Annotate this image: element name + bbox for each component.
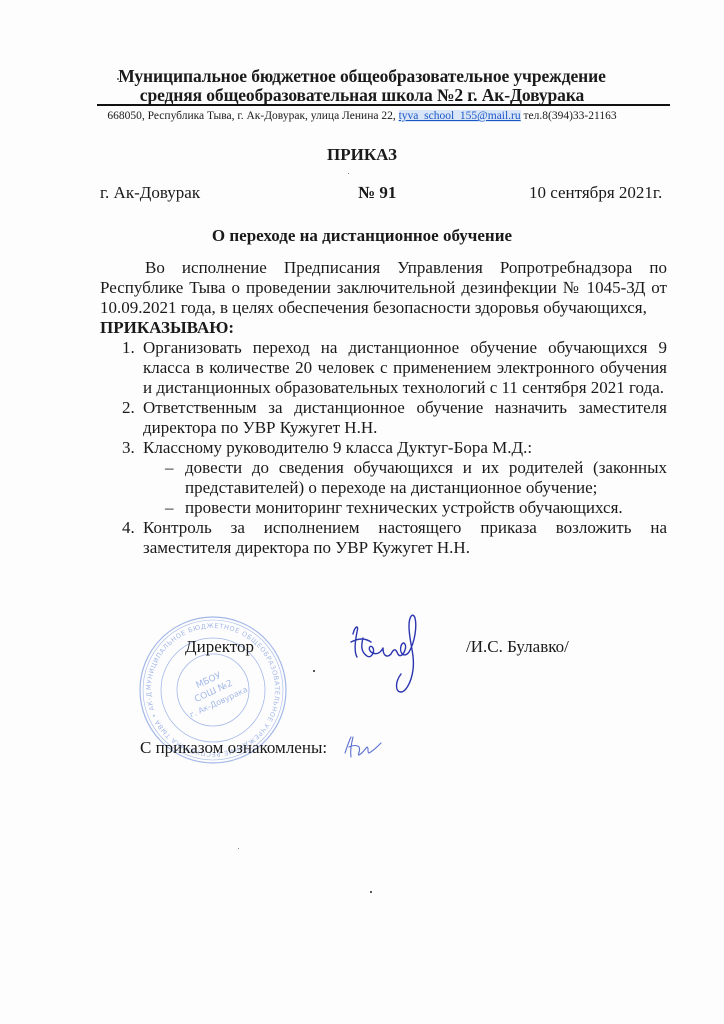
item-text: Классному руководителю 9 класса Дуктуг-Б… — [143, 438, 532, 457]
subitem-text: довести до сведения обучающихся и их род… — [185, 458, 667, 497]
scan-speck — [117, 78, 119, 80]
item-number: 1. — [122, 338, 135, 358]
email-link[interactable]: tyva_school_155@mail.ru — [399, 110, 521, 122]
acknowledgement-initials-icon — [339, 733, 384, 761]
subitem: – довести до сведения обучающихся и их р… — [143, 458, 667, 498]
preamble: Во исполнение Предписания Управления Роп… — [100, 258, 667, 318]
signature-position-label: Директор — [185, 637, 254, 657]
contacts-line: 668050, Республика Тыва, г. Ак-Довурак, … — [0, 109, 724, 123]
director-signature-icon — [345, 612, 440, 707]
item-number: 4. — [122, 518, 135, 538]
item-text: Ответственным за дистанционное обучение … — [143, 398, 667, 437]
item-3-subitems: – довести до сведения обучающихся и их р… — [143, 458, 667, 518]
dash-bullet: – — [165, 498, 174, 518]
order-title: ПРИКАЗ — [0, 145, 724, 165]
preamble-text: Во исполнение Предписания Управления Роп… — [100, 258, 667, 317]
phone-text: тел.8(394)33-21163 — [524, 110, 617, 122]
subitem: – провести мониторинг технических устрой… — [143, 498, 667, 518]
order-item-4: 4. Контроль за исполнением настоящего пр… — [100, 518, 667, 558]
signer-name: /И.С. Булавко/ — [466, 637, 569, 657]
organization-name-line-1: Муниципальное бюджетное общеобразователь… — [0, 66, 724, 86]
acknowledged-label: С приказом ознакомлены: — [140, 738, 327, 758]
order-subject: О переходе на дистанционное обучение — [0, 226, 724, 246]
scan-speck — [313, 670, 315, 672]
order-city: г. Ак-Довурак — [100, 183, 200, 203]
organization-name-line-2: средняя общеобразовательная школа №2 г. … — [0, 85, 724, 105]
item-number: 3. — [122, 438, 135, 458]
order-body: Во исполнение Предписания Управления Роп… — [100, 258, 667, 558]
subitem-text: провести мониторинг технических устройст… — [185, 498, 623, 517]
order-number: № 91 — [358, 183, 396, 203]
item-text: Организовать переход на дистанционное об… — [143, 338, 667, 397]
command-word: ПРИКАЗЫВАЮ: — [100, 318, 667, 338]
order-item-3: 3. Классному руководителю 9 класса Дукту… — [100, 438, 667, 518]
order-date: 10 сентября 2021г. — [529, 183, 662, 203]
dash-bullet: – — [165, 458, 174, 478]
order-item-2: 2. Ответственным за дистанционное обучен… — [100, 398, 667, 438]
address-text: 668050, Республика Тыва, г. Ак-Довурак, … — [107, 110, 395, 122]
item-number: 2. — [122, 398, 135, 418]
order-items: 1. Организовать переход на дистанционное… — [100, 338, 667, 558]
scan-speck — [238, 848, 239, 849]
item-text: Контроль за исполнением настоящего прика… — [143, 518, 667, 557]
scan-speck — [370, 891, 372, 893]
order-item-1: 1. Организовать переход на дистанционное… — [100, 338, 667, 398]
scan-speck — [348, 173, 349, 174]
header-divider — [97, 104, 670, 106]
